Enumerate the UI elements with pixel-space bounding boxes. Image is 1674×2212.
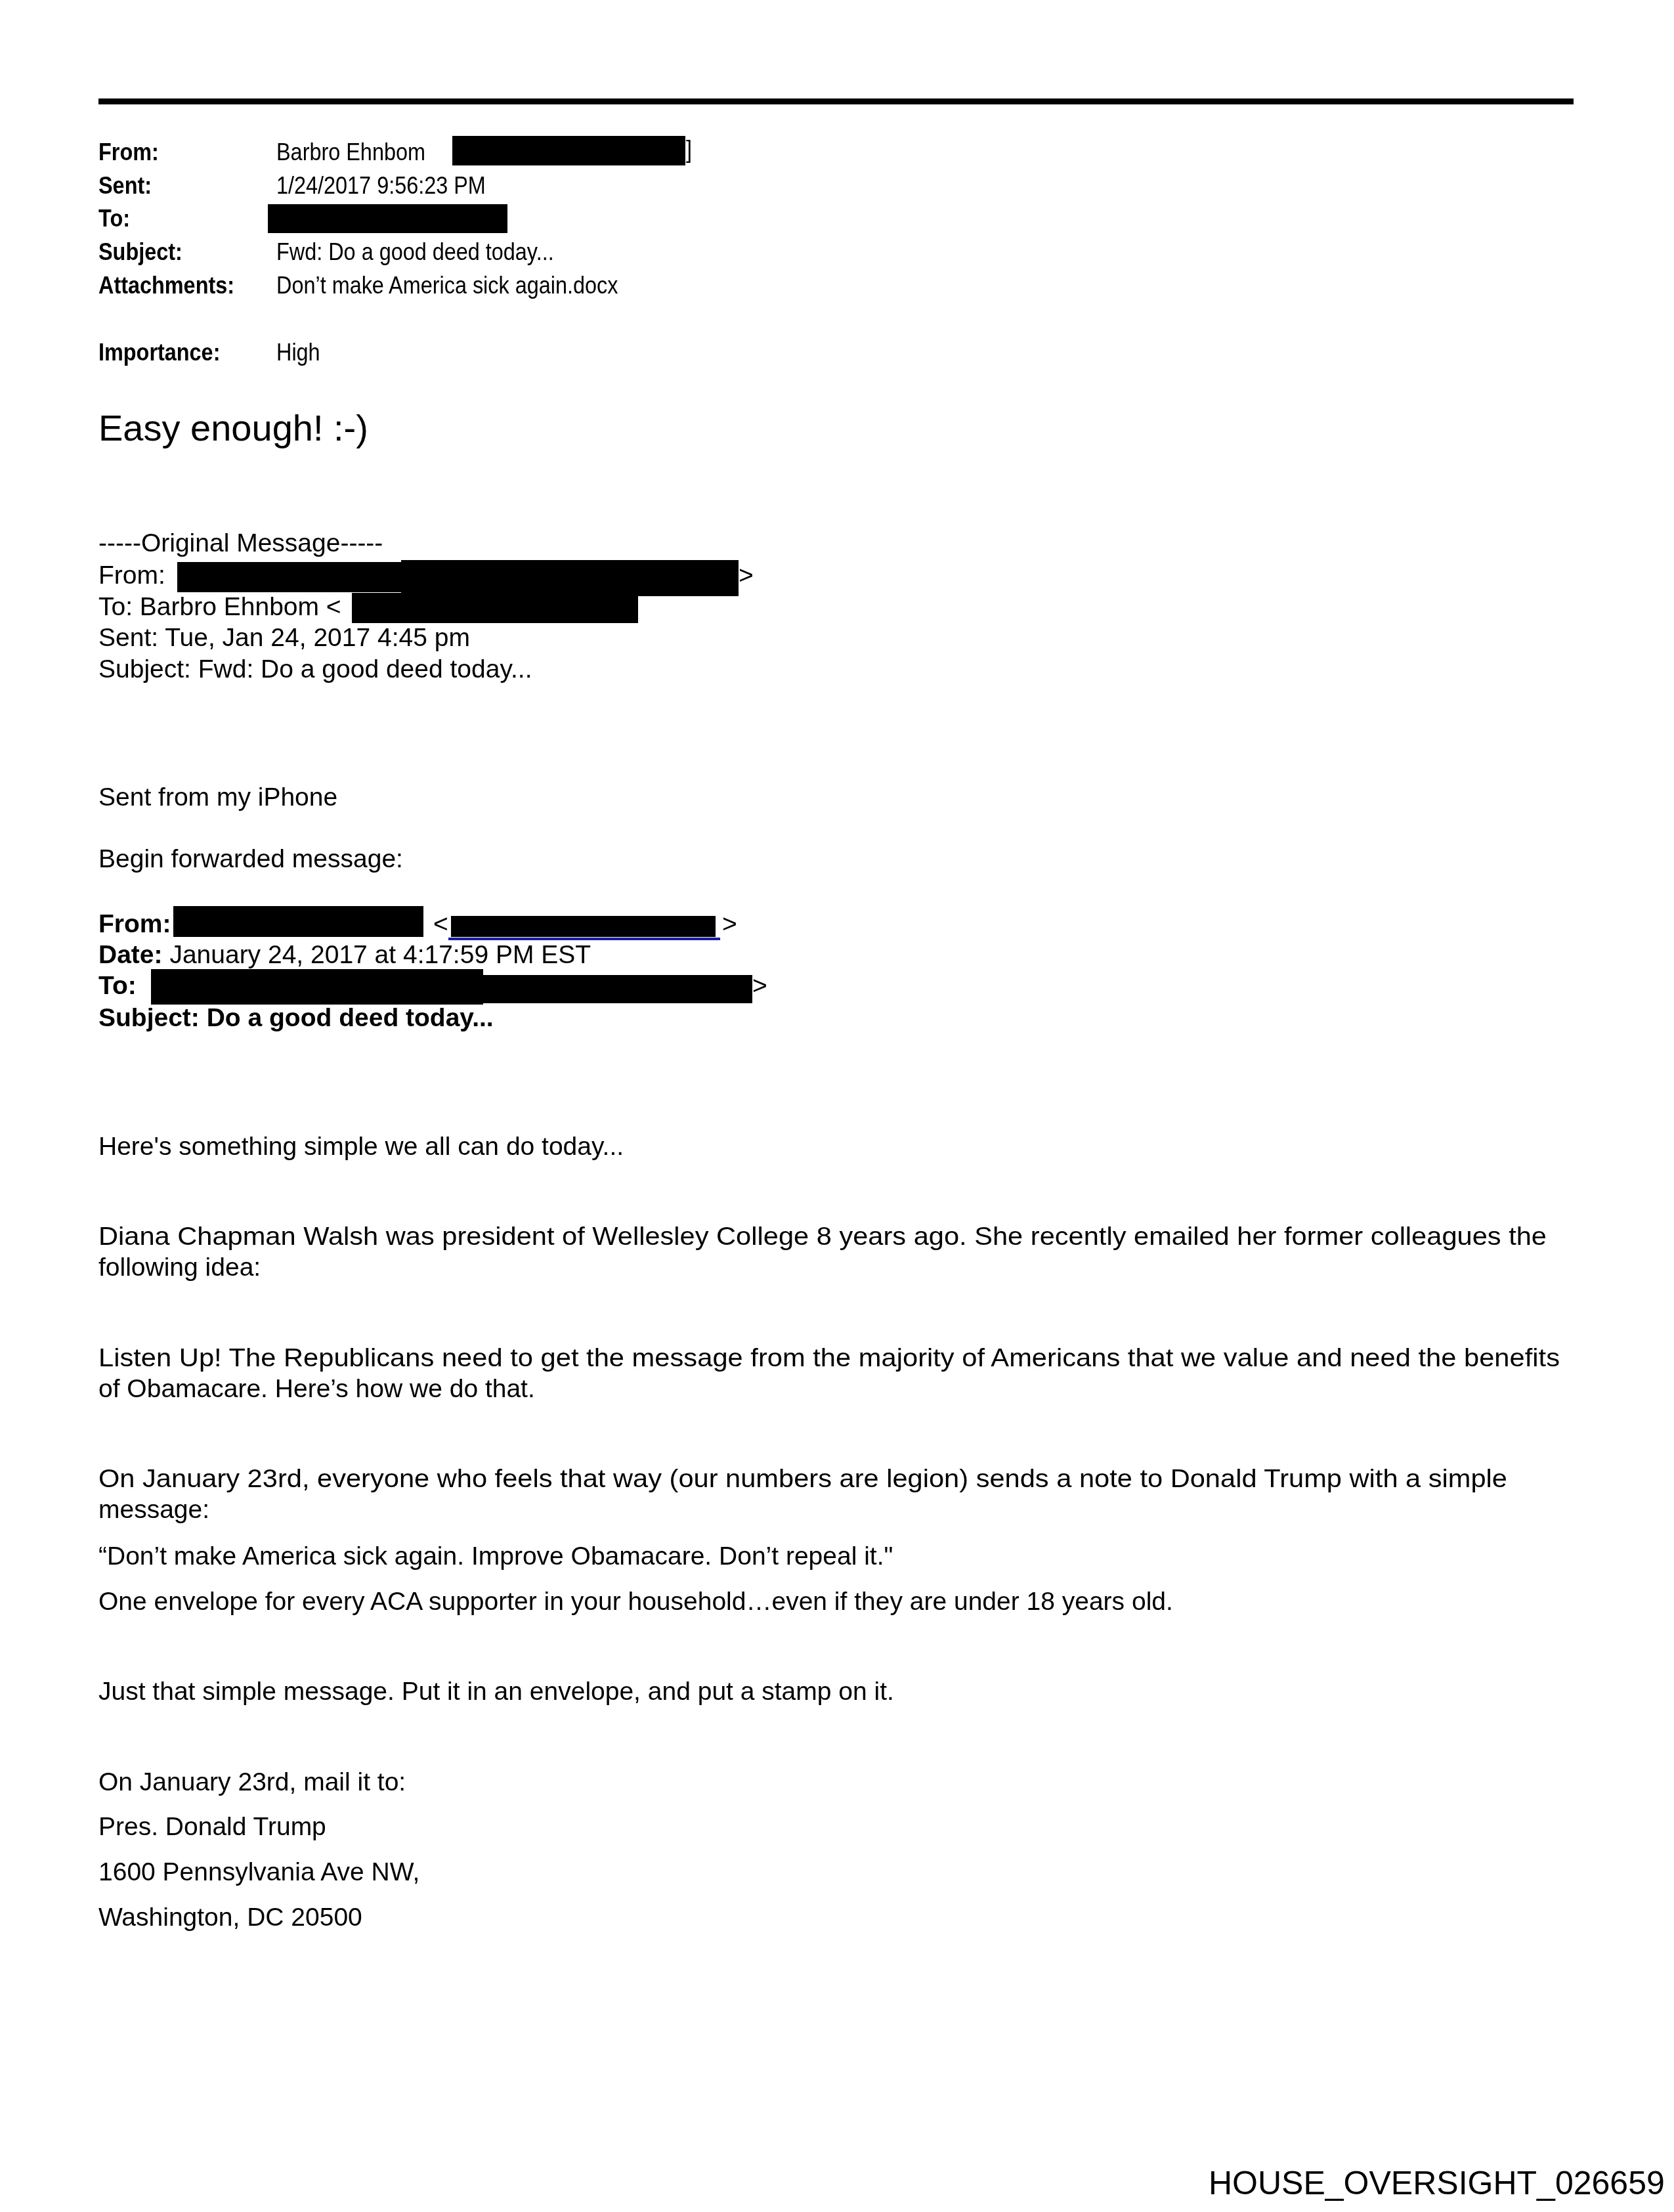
redaction-original-from-name — [177, 562, 402, 592]
body-line: of Obamacare. Here’s how we do that. — [98, 1376, 535, 1402]
redaction-fwd-to-name — [151, 969, 483, 1005]
original-from-close: > — [739, 563, 754, 588]
from-bracket: ] — [686, 138, 692, 162]
address-street: 1600 Pennsylvania Ave NW, — [98, 1859, 419, 1885]
fwd-from-email-link[interactable] — [448, 938, 720, 940]
attachments-label: Attachments: — [98, 274, 234, 297]
body-line: following idea: — [98, 1255, 261, 1280]
body-line: On January 23rd, mail it to: — [98, 1769, 406, 1795]
subject-value: Fwd: Do a good deed today... — [276, 240, 554, 264]
body-line: On January 23rd, everyone who feels that… — [98, 1466, 1507, 1492]
original-from-label: From: — [98, 563, 165, 588]
fwd-date-line: Date: January 24, 2017 at 4:17:59 PM EST — [98, 942, 591, 968]
sent-value: 1/24/2017 9:56:23 PM — [276, 174, 486, 198]
bates-number: HOUSE_OVERSIGHT_026659 — [1209, 2167, 1665, 2200]
subject-label: Subject: — [98, 240, 182, 264]
fwd-from-label: From: — [98, 911, 171, 937]
original-message-separator: -----Original Message----- — [98, 531, 383, 556]
fwd-date-label: Date: — [98, 941, 163, 969]
importance-value: High — [276, 341, 320, 364]
to-label: To: — [98, 207, 130, 230]
redaction-fwd-from-email — [451, 916, 716, 937]
original-sent-line: Sent: Tue, Jan 24, 2017 4:45 pm — [98, 625, 470, 651]
iphone-signature: Sent from my iPhone — [98, 785, 337, 810]
body-line: message: — [98, 1497, 209, 1523]
reply-text: Easy enough! :-) — [98, 410, 368, 446]
address-city: Washington, DC 20500 — [98, 1905, 362, 1930]
fwd-subject-line: Subject: Do a good deed today... — [98, 1005, 494, 1031]
header-rule — [98, 98, 1574, 104]
fwd-from-open: < — [433, 911, 448, 937]
address-name: Pres. Donald Trump — [98, 1814, 326, 1840]
redaction-from-email — [452, 136, 685, 165]
forward-intro: Begin forwarded message: — [98, 846, 403, 872]
original-to-line: To: Barbro Ehnbom < — [98, 594, 341, 620]
body-line: Here's something simple we all can do to… — [98, 1134, 624, 1160]
fwd-subject-label: Subject: — [98, 1004, 200, 1032]
fwd-to-close: > — [752, 973, 767, 999]
redaction-fwd-to-email — [483, 975, 752, 1003]
attachment-filename[interactable]: Don’t make America sick again.docx — [276, 274, 618, 297]
importance-label: Importance: — [98, 341, 220, 364]
redaction-original-from-email — [401, 560, 739, 596]
from-value: Barbro Ehnbom — [276, 141, 425, 164]
redaction-fwd-from-name — [173, 906, 423, 937]
body-line: Diana Chapman Walsh was president of Wel… — [98, 1224, 1547, 1249]
fwd-to-label: To: — [98, 973, 137, 999]
sent-label: Sent: — [98, 174, 152, 198]
fwd-from-close: > — [722, 911, 737, 937]
from-label: From: — [98, 141, 159, 164]
body-line: Listen Up! The Republicans need to get t… — [98, 1345, 1560, 1371]
redaction-original-to-email — [352, 593, 638, 623]
body-line-quote: “Don’t make America sick again. Improve … — [98, 1544, 893, 1569]
original-subject-line: Subject: Fwd: Do a good deed today... — [98, 657, 532, 682]
redaction-to-recipient — [268, 204, 507, 233]
fwd-date-value: January 24, 2017 at 4:17:59 PM EST — [169, 941, 591, 969]
fwd-subject-value: Do a good deed today... — [207, 1004, 494, 1032]
body-line: Just that simple message. Put it in an e… — [98, 1679, 894, 1704]
body-line: One envelope for every ACA supporter in … — [98, 1589, 1173, 1615]
